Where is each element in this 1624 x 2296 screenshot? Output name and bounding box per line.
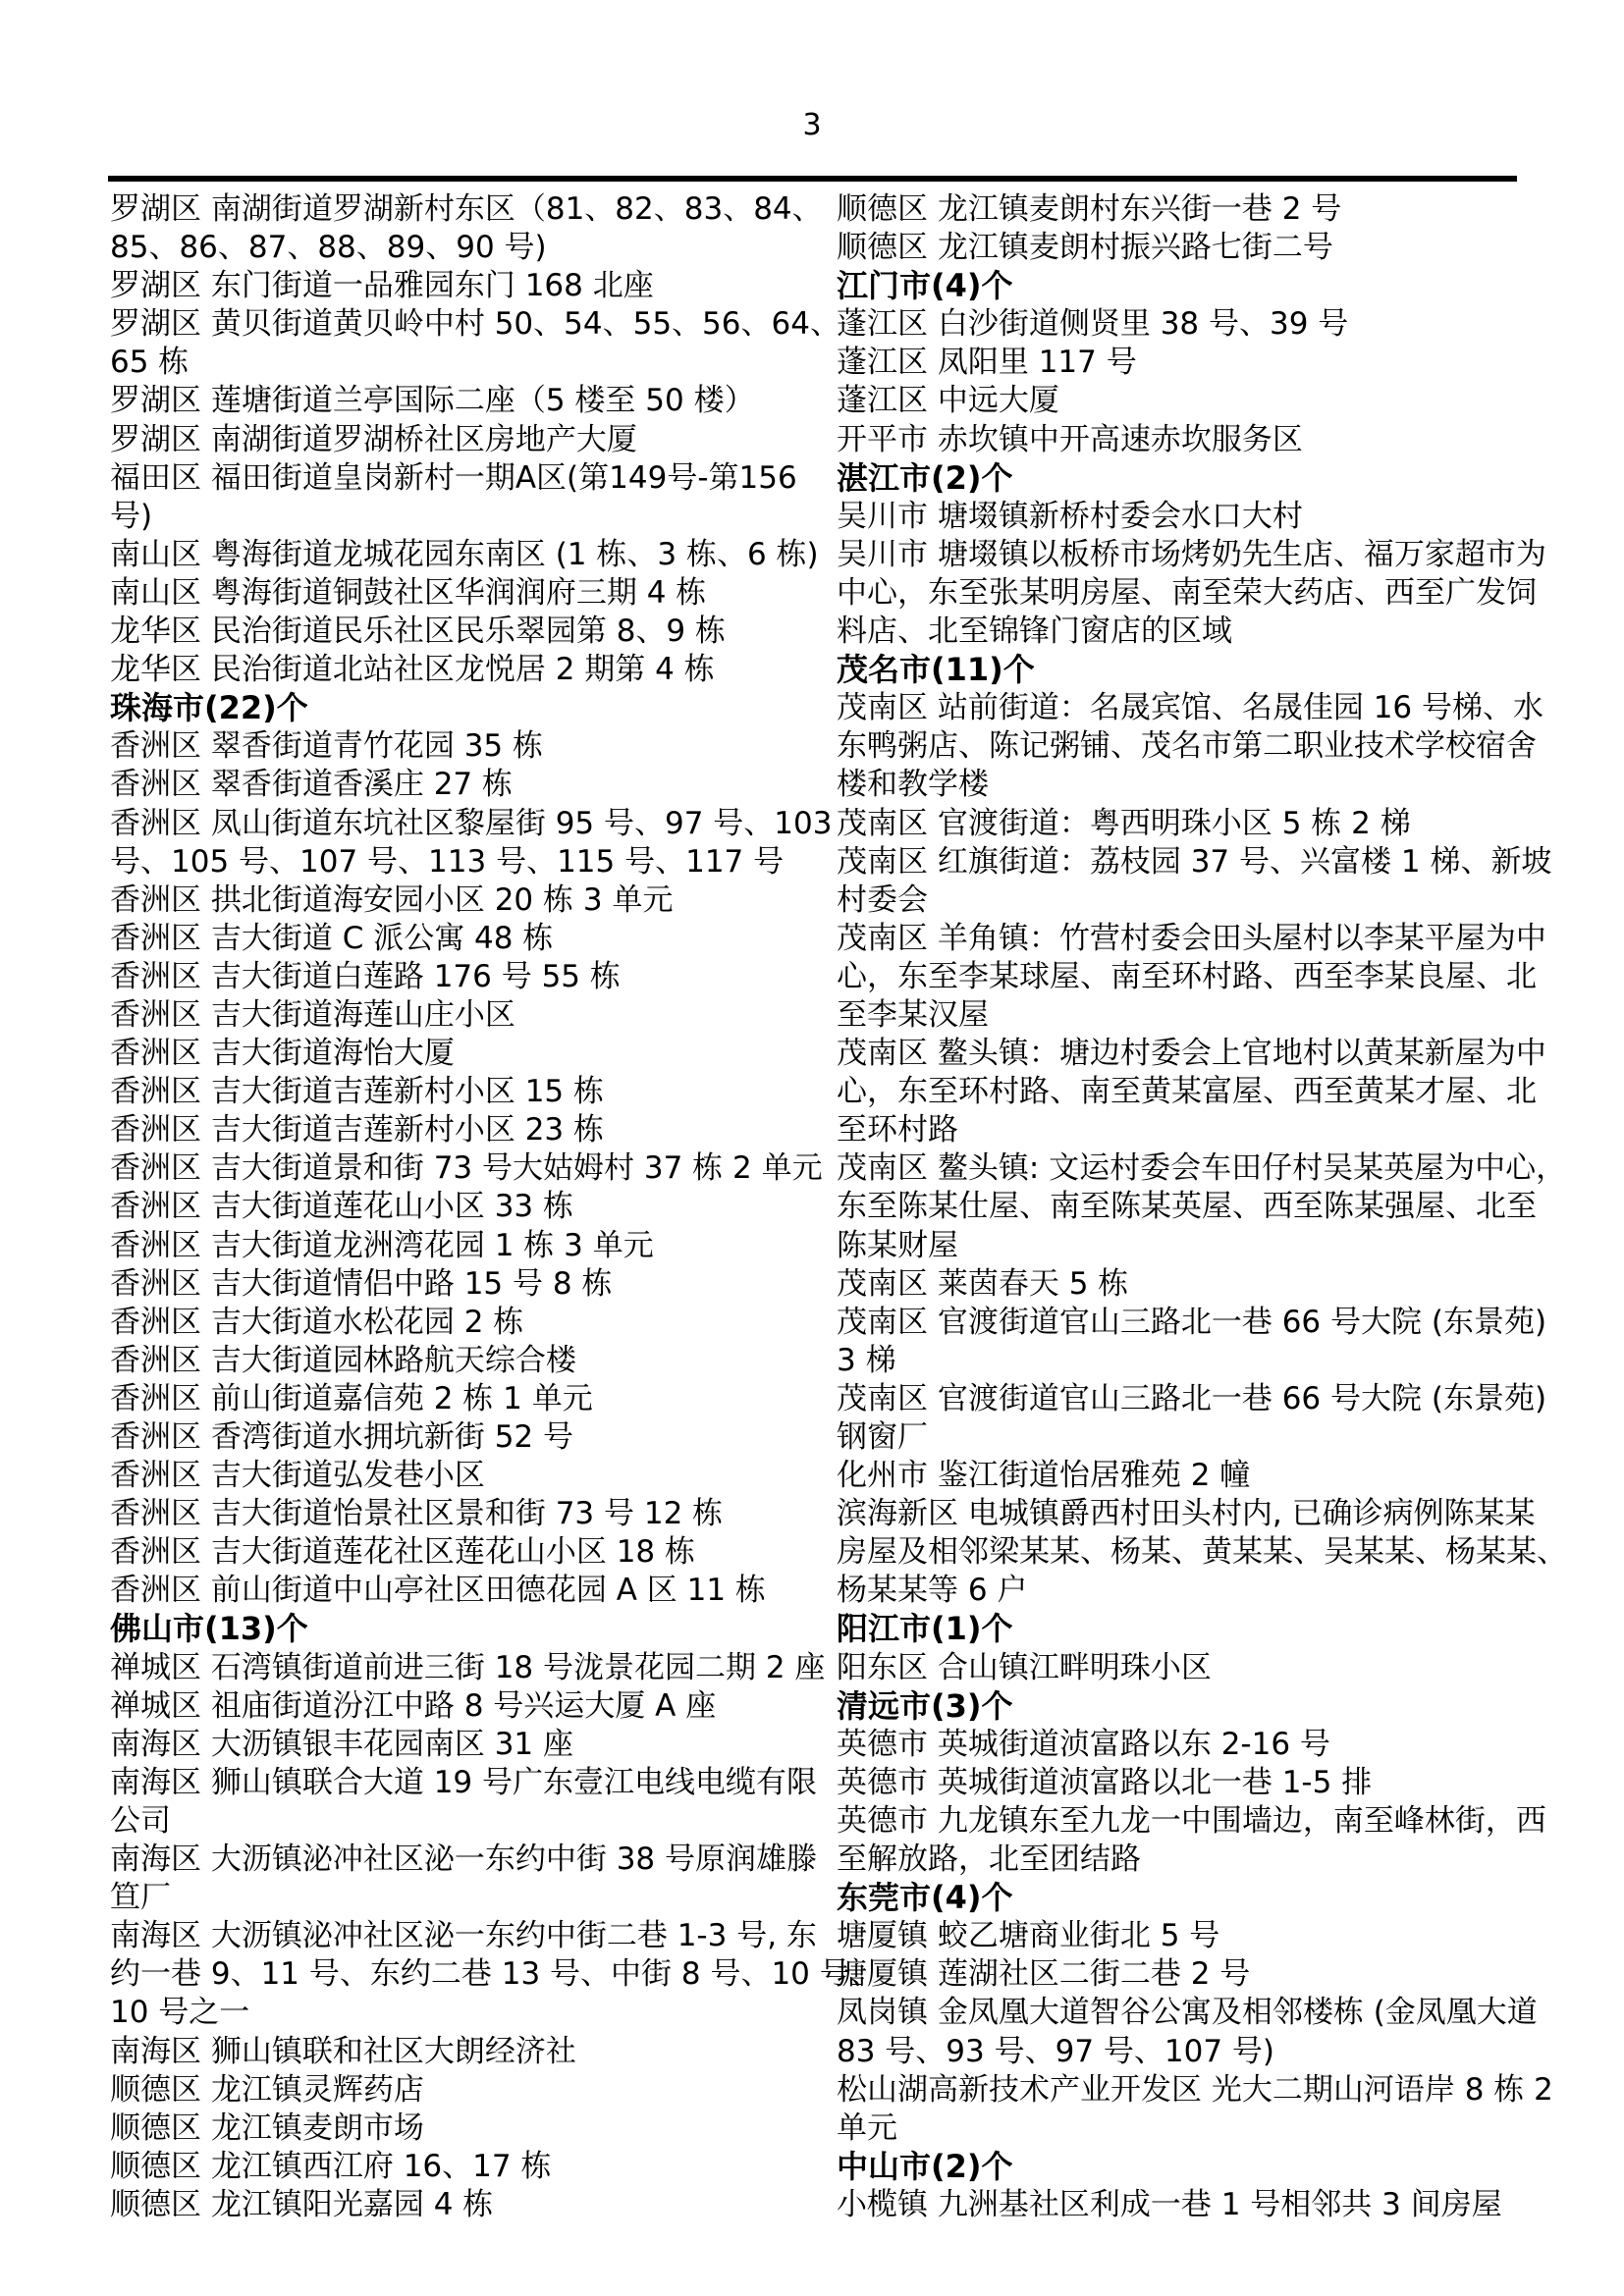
address-line: 杨某某等 6 户 xyxy=(837,1572,1554,1610)
address-line: 罗湖区 南湖街道罗湖桥社区房地产大厦 xyxy=(110,421,828,459)
address-line: 香洲区 前山街道嘉信苑 2 栋 1 单元 xyxy=(110,1380,828,1418)
address-line: 阳东区 合山镇江畔明珠小区 xyxy=(837,1649,1554,1687)
address-line: 塘厦镇 莲湖社区二街二巷 2 号 xyxy=(837,1955,1554,1994)
address-line: 香洲区 吉大街道吉莲新村小区 15 栋 xyxy=(110,1073,828,1111)
address-line: 香洲区 吉大街道 C 派公寓 48 栋 xyxy=(110,920,828,958)
address-line: 香洲区 吉大街道莲花山小区 33 栋 xyxy=(110,1188,828,1226)
address-line: 英德市 英城街道浈富路以北一巷 1-5 排 xyxy=(837,1764,1554,1802)
address-line: 罗湖区 莲塘街道兰亭国际二座（5 楼至 50 楼） xyxy=(110,382,828,420)
address-line: 香洲区 吉大街道海怡大厦 xyxy=(110,1035,828,1073)
two-column-text-area: 罗湖区 南湖街道罗湖新村东区（81、82、83、84、85、86、87、88、8… xyxy=(110,190,1555,2224)
address-line: 3 梯 xyxy=(837,1342,1554,1380)
address-line: 65 栋 xyxy=(110,344,828,382)
address-line: 罗湖区 黄贝街道黄贝岭中村 50、54、55、56、64、 xyxy=(110,305,828,344)
address-line: 吴川市 塘㙍镇新桥村委会水口大村 xyxy=(837,498,1554,536)
city-section-header: 佛山市(13)个 xyxy=(110,1610,828,1648)
address-line: 茂南区 红旗街道：荔枝园 37 号、兴富楼 1 梯、新坡 xyxy=(837,843,1554,881)
address-line: 香洲区 吉大街道莲花社区莲花山小区 18 栋 xyxy=(110,1533,828,1572)
address-line: 约一巷 9、11 号、东约二巷 13 号、中街 8 号、10 号、 xyxy=(110,1955,828,1994)
left-column: 罗湖区 南湖街道罗湖新村东区（81、82、83、84、85、86、87、88、8… xyxy=(110,190,828,2224)
city-section-header: 阳江市(1)个 xyxy=(837,1610,1554,1648)
address-line: 楼和教学楼 xyxy=(837,766,1554,804)
address-line: 香洲区 香湾街道水拥坑新街 52 号 xyxy=(110,1418,828,1457)
address-line: 罗湖区 东门街道一品雅园东门 168 北座 xyxy=(110,267,828,305)
address-line: 号) xyxy=(110,498,828,536)
address-line: 香洲区 吉大街道情侣中路 15 号 8 栋 xyxy=(110,1265,828,1304)
address-line: 83 号、93 号、97 号、107 号) xyxy=(837,2033,1554,2071)
address-line: 顺德区 龙江镇西江府 16、17 栋 xyxy=(110,2148,828,2186)
address-line: 吴川市 塘㙍镇以板桥市场烤奶先生店、福万家超市为 xyxy=(837,536,1554,574)
address-line: 85、86、87、88、89、90 号) xyxy=(110,229,828,267)
page-number: 3 xyxy=(0,108,1624,143)
address-line: 福田区 福田街道皇岗新村一期A区(第149号-第156 xyxy=(110,459,828,498)
header-rule xyxy=(108,176,1517,182)
address-line: 龙华区 民治街道北站社区龙悦居 2 期第 4 栋 xyxy=(110,651,828,689)
city-section-header: 珠海市(22)个 xyxy=(110,689,828,727)
address-line: 蓬江区 凤阳里 117 号 xyxy=(837,344,1554,382)
city-section-header: 湛江市(2)个 xyxy=(837,459,1554,498)
city-section-header: 茂名市(11)个 xyxy=(837,651,1554,689)
address-line: 房屋及相邻梁某某、杨某、黄某某、吴某某、杨某某、 xyxy=(837,1533,1554,1572)
address-line: 香洲区 凤山街道东坑社区黎屋街 95 号、97 号、103 xyxy=(110,805,828,843)
address-line: 英德市 九龙镇东至九龙一中围墙边，南至峰林街，西 xyxy=(837,1802,1554,1841)
address-line: 心，东至环村路、南至黄某富屋、西至黄某才屋、北 xyxy=(837,1073,1554,1111)
address-line: 香洲区 翠香街道香溪庄 27 栋 xyxy=(110,766,828,804)
address-line: 南海区 狮山镇联合大道 19 号广东壹江电线电缆有限 xyxy=(110,1764,828,1802)
address-line: 顺德区 龙江镇灵辉药店 xyxy=(110,2071,828,2109)
address-line: 小榄镇 九洲基社区利成一巷 1 号相邻共 3 间房屋 xyxy=(837,2186,1554,2224)
address-line: 陈某财屋 xyxy=(837,1227,1554,1265)
address-line: 茂南区 官渡街道官山三路北一巷 66 号大院 (东景苑) xyxy=(837,1304,1554,1342)
address-line: 村委会 xyxy=(837,881,1554,920)
address-line: 香洲区 吉大街道景和街 73 号大姑姆村 37 栋 2 单元 xyxy=(110,1149,828,1188)
address-line: 塘厦镇 蛟乙塘商业街北 5 号 xyxy=(837,1917,1554,1955)
address-line: 蓬江区 白沙街道侧贤里 38 号、39 号 xyxy=(837,305,1554,344)
address-line: 禅城区 石湾镇街道前进三街 18 号泷景花园二期 2 座 xyxy=(110,1649,828,1687)
address-line: 号、105 号、107 号、113 号、115 号、117 号 xyxy=(110,843,828,881)
address-line: 心，东至李某球屋、南至环村路、西至李某良屋、北 xyxy=(837,958,1554,996)
address-line: 香洲区 吉大街道园林路航天综合楼 xyxy=(110,1342,828,1380)
address-line: 10 号之一 xyxy=(110,1994,828,2032)
address-line: 龙华区 民治街道民乐社区民乐翠园第 8、9 栋 xyxy=(110,613,828,651)
address-line: 南海区 大沥镇泌冲社区泌一东约中街二巷 1-3 号, 东 xyxy=(110,1917,828,1955)
address-line: 茂南区 官渡街道：粤西明珠小区 5 栋 2 梯 xyxy=(837,805,1554,843)
address-line: 香洲区 吉大街道白莲路 176 号 55 栋 xyxy=(110,958,828,996)
address-line: 至解放路，北至团结路 xyxy=(837,1841,1554,1879)
city-section-header: 东莞市(4)个 xyxy=(837,1879,1554,1917)
address-line: 禅城区 祖庙街道汾江中路 8 号兴运大厦 A 座 xyxy=(110,1687,828,1726)
address-line: 南海区 狮山镇联和社区大朗经济社 xyxy=(110,2033,828,2071)
city-section-header: 江门市(4)个 xyxy=(837,267,1554,305)
address-line: 香洲区 吉大街道吉莲新村小区 23 栋 xyxy=(110,1111,828,1149)
address-line: 香洲区 吉大街道怡景社区景和街 73 号 12 栋 xyxy=(110,1495,828,1533)
address-line: 凤岗镇 金凤凰大道智谷公寓及相邻楼栋 (金凤凰大道 xyxy=(837,1994,1554,2032)
address-line: 公司 xyxy=(110,1802,828,1841)
address-line: 香洲区 吉大街道水松花园 2 栋 xyxy=(110,1304,828,1342)
address-line: 东至陈某仕屋、南至陈某英屋、西至陈某强屋、北至 xyxy=(837,1188,1554,1226)
address-line: 茂南区 站前街道：名晟宾馆、名晟佳园 16 号梯、水 xyxy=(837,689,1554,727)
address-line: 至环村路 xyxy=(837,1111,1554,1149)
address-line: 东鸭粥店、陈记粥铺、茂名市第二职业技术学校宿舍 xyxy=(837,727,1554,766)
address-line: 化州市 鉴江街道怡居雅苑 2 幢 xyxy=(837,1457,1554,1495)
right-column: 顺德区 龙江镇麦朗村东兴街一巷 2 号顺德区 龙江镇麦朗村振兴路七街二号江门市(… xyxy=(837,190,1554,2224)
city-section-header: 清远市(3)个 xyxy=(837,1687,1554,1726)
address-line: 顺德区 龙江镇麦朗市场 xyxy=(110,2109,828,2148)
address-line: 滨海新区 电城镇爵西村田头村内, 已确诊病例陈某某 xyxy=(837,1495,1554,1533)
address-line: 松山湖高新技术产业开发区 光大二期山河语岸 8 栋 2 xyxy=(837,2071,1554,2109)
address-line: 南山区 粤海街道龙城花园东南区 (1 栋、3 栋、6 栋) xyxy=(110,536,828,574)
address-line: 南山区 粤海街道铜鼓社区华润润府三期 4 栋 xyxy=(110,574,828,613)
address-line: 香洲区 前山街道中山亭社区田德花园 A 区 11 栋 xyxy=(110,1572,828,1610)
address-line: 茂南区 鳌头镇：塘边村委会上官地村以黄某新屋为中 xyxy=(837,1035,1554,1073)
address-line: 顺德区 龙江镇麦朗村振兴路七街二号 xyxy=(837,229,1554,267)
address-line: 茂南区 莱茵春天 5 栋 xyxy=(837,1265,1554,1304)
address-line: 香洲区 拱北街道海安园小区 20 栋 3 单元 xyxy=(110,881,828,920)
address-line: 顺德区 龙江镇麦朗村东兴街一巷 2 号 xyxy=(837,190,1554,229)
address-line: 顺德区 龙江镇阳光嘉园 4 栋 xyxy=(110,2186,828,2224)
address-line: 钢窗厂 xyxy=(837,1418,1554,1457)
address-line: 茂南区 官渡街道官山三路北一巷 66 号大院 (东景苑) xyxy=(837,1380,1554,1418)
address-line: 英德市 英城街道浈富路以东 2-16 号 xyxy=(837,1726,1554,1764)
city-section-header: 中山市(2)个 xyxy=(837,2148,1554,2186)
address-line: 笪厂 xyxy=(110,1879,828,1917)
address-line: 蓬江区 中远大厦 xyxy=(837,382,1554,420)
address-line: 料店、北至锦锋门窗店的区域 xyxy=(837,613,1554,651)
address-line: 罗湖区 南湖街道罗湖新村东区（81、82、83、84、 xyxy=(110,190,828,229)
address-line: 香洲区 翠香街道青竹花园 35 栋 xyxy=(110,727,828,766)
address-line: 茂南区 鳌头镇: 文运村委会车田仔村吴某英屋为中心， xyxy=(837,1149,1554,1188)
address-line: 单元 xyxy=(837,2109,1554,2148)
address-line: 茂南区 羊角镇：竹营村委会田头屋村以李某平屋为中 xyxy=(837,920,1554,958)
address-line: 南海区 大沥镇银丰花园南区 31 座 xyxy=(110,1726,828,1764)
address-line: 香洲区 吉大街道海莲山庄小区 xyxy=(110,996,828,1035)
address-line: 南海区 大沥镇泌冲社区泌一东约中街 38 号原润雄滕 xyxy=(110,1841,828,1879)
address-line: 中心，东至张某明房屋、南至荣大药店、西至广发饲 xyxy=(837,574,1554,613)
address-line: 香洲区 吉大街道龙洲湾花园 1 栋 3 单元 xyxy=(110,1227,828,1265)
address-line: 香洲区 吉大街道弘发巷小区 xyxy=(110,1457,828,1495)
address-line: 至李某汉屋 xyxy=(837,996,1554,1035)
address-line: 开平市 赤坎镇中开高速赤坎服务区 xyxy=(837,421,1554,459)
